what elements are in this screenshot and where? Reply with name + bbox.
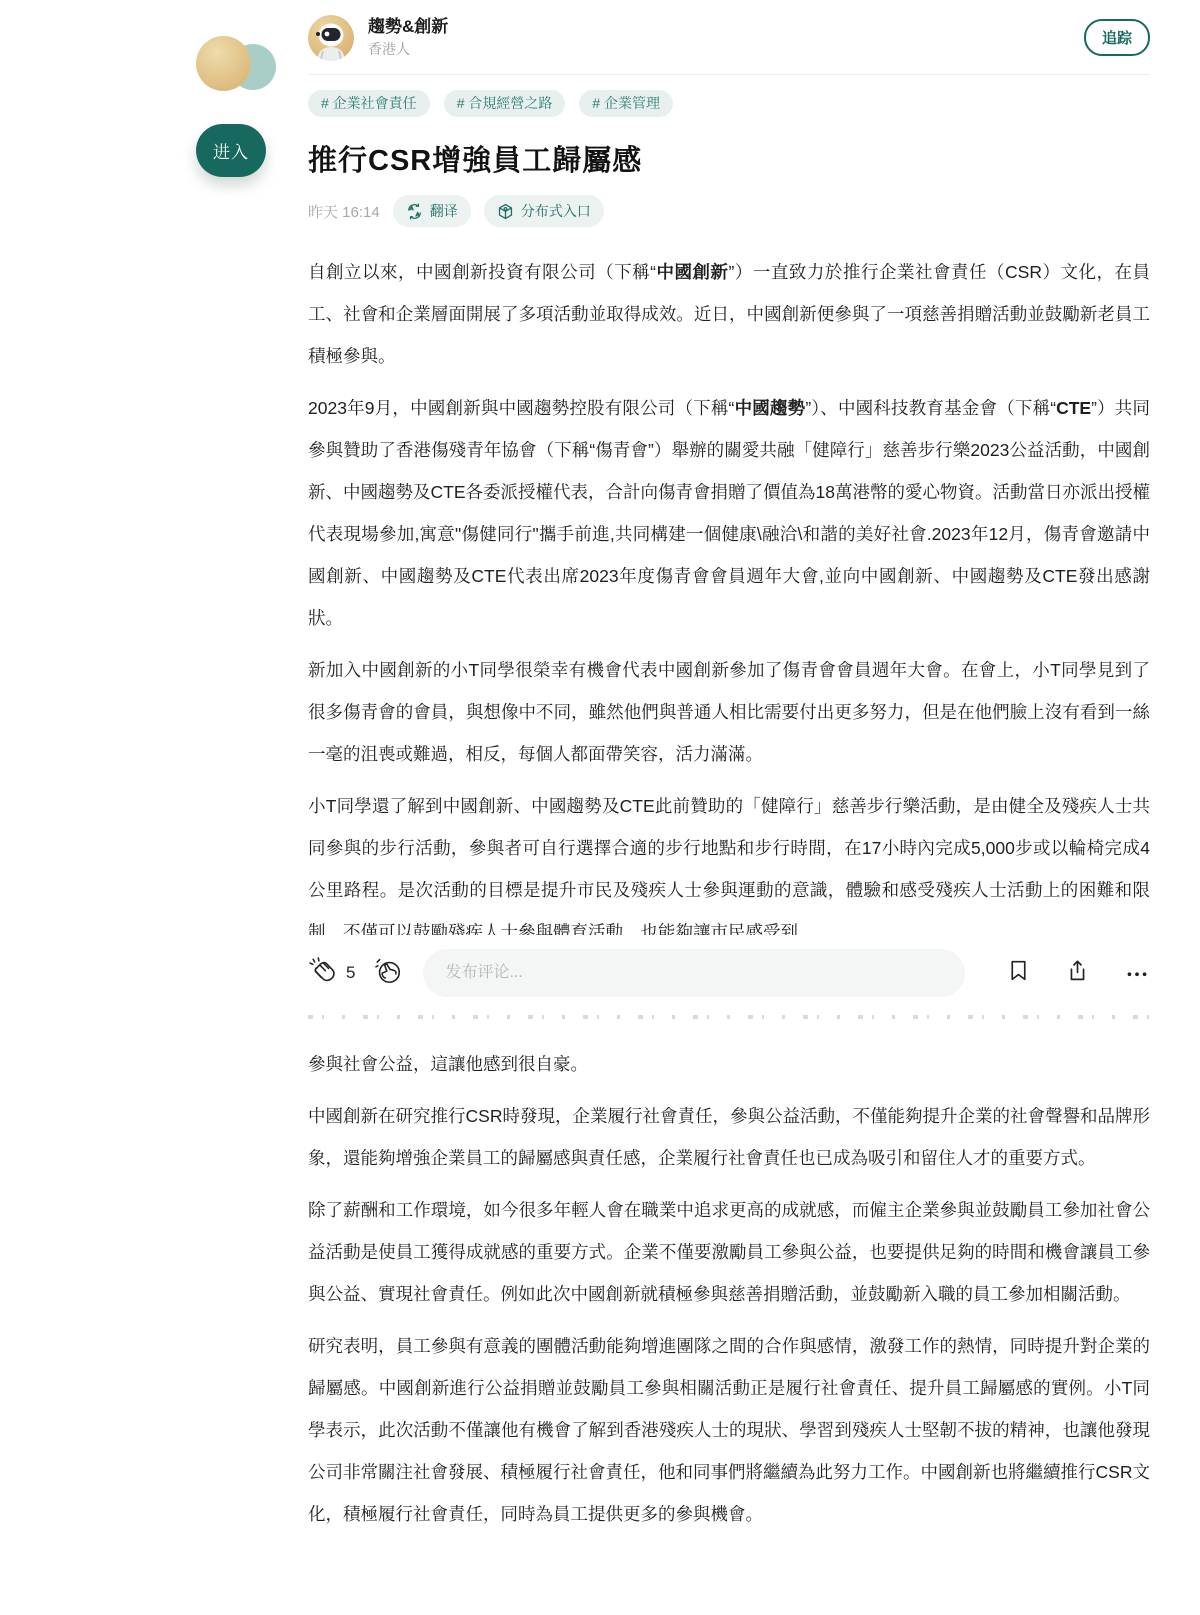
more-icon bbox=[1124, 958, 1150, 989]
paragraph: 除了薪酬和工作環境，如今很多年輕人會在職業中追求更高的成就感，而僱主企業參與並鼓… bbox=[308, 1189, 1150, 1315]
topic-tag[interactable]: # 合規經營之路 bbox=[444, 90, 566, 117]
share-button[interactable] bbox=[1065, 958, 1090, 988]
post-card: 趨勢&創新 香港人 追踪 # 企業社會責任# 合規經營之路# 企業管理 推行CS… bbox=[308, 0, 1150, 1545]
author-avatar[interactable] bbox=[308, 15, 354, 61]
share-icon bbox=[1065, 958, 1090, 988]
author-subtitle: 香港人 bbox=[368, 39, 448, 59]
distributed-entry-button[interactable]: 分布式入口 bbox=[484, 195, 604, 227]
comment-bar-actions bbox=[1006, 958, 1150, 989]
header-divider bbox=[308, 74, 1150, 75]
paragraph: 研究表明，員工參與有意義的團體活動能夠增進團隊之間的合作與感情，激發工作的熱情，… bbox=[308, 1325, 1150, 1535]
author-name[interactable]: 趨勢&創新 bbox=[368, 15, 448, 39]
paragraph: 中國創新在研究推行CSR時發現，企業履行社會責任，參與公益活動，不僅能夠提升企業… bbox=[308, 1095, 1150, 1179]
hand-gesture-button[interactable] bbox=[373, 956, 403, 991]
article-body-bottom: 參與社會公益，這讓他感到很自豪。中國創新在研究推行CSR時發現，企業履行社會責任… bbox=[308, 1043, 1150, 1535]
hand-gesture-icon bbox=[373, 956, 403, 991]
paragraph: 新加入中國創新的小T同學很榮幸有機會代表中國創新參加了傷青會會員週年大會。在會上… bbox=[308, 649, 1150, 775]
translate-button[interactable]: 翻译 bbox=[393, 195, 471, 227]
post-title: 推行CSR增強員工歸屬感 bbox=[308, 138, 1150, 179]
article-body-top: 自創立以來，中國創新投資有限公司（下稱“中國創新”）一直致力於推行企業社會責任（… bbox=[308, 251, 1150, 935]
left-rail: 进入 bbox=[196, 36, 288, 94]
translate-label: 翻译 bbox=[430, 201, 458, 221]
bookmark-button[interactable] bbox=[1006, 958, 1031, 988]
post-header: 趨勢&創新 香港人 追踪 bbox=[308, 0, 1150, 61]
topic-tags-row: # 企業社會責任# 合規經營之路# 企業管理 bbox=[308, 90, 1150, 117]
comment-input[interactable] bbox=[423, 949, 965, 997]
topic-tag[interactable]: # 企業管理 bbox=[579, 90, 673, 117]
more-button[interactable] bbox=[1124, 958, 1150, 989]
follow-button[interactable]: 追踪 bbox=[1084, 19, 1150, 56]
cube-icon bbox=[497, 203, 514, 220]
enter-button[interactable]: 进入 bbox=[196, 124, 266, 177]
distributed-entry-label: 分布式入口 bbox=[521, 201, 591, 221]
topic-tag[interactable]: # 企業社會責任 bbox=[308, 90, 430, 117]
clapping-hands-icon bbox=[308, 956, 338, 991]
clap-button[interactable]: 5 bbox=[308, 956, 355, 991]
paragraph: 參與社會公益，這讓他感到很自豪。 bbox=[308, 1043, 1150, 1085]
comment-bar: 5 bbox=[308, 935, 1150, 1013]
translate-icon bbox=[406, 203, 423, 220]
bookmark-icon bbox=[1006, 958, 1031, 988]
paragraph: 自創立以來，中國創新投資有限公司（下稱“中國創新”）一直致力於推行企業社會責任（… bbox=[308, 251, 1150, 377]
brand-logo bbox=[196, 36, 280, 94]
robot-icon bbox=[308, 48, 354, 61]
paragraph: 小T同學還了解到中國創新、中國趨勢及CTE此前贊助的「健障行」慈善步行樂活動，是… bbox=[308, 785, 1150, 935]
author-block: 趨勢&創新 香港人 bbox=[368, 15, 448, 59]
post-timestamp: 昨天 16:14 bbox=[308, 201, 380, 222]
clap-count: 5 bbox=[346, 963, 355, 983]
clipped-text-artifact bbox=[308, 1015, 1150, 1019]
logo-circle-tan bbox=[196, 36, 251, 91]
post-meta-row: 昨天 16:14 翻译 分布式入口 bbox=[308, 195, 1150, 227]
paragraph: 2023年9月，中國創新與中國趨勢控股有限公司（下稱“中國趨勢”）、中國科技教育… bbox=[308, 387, 1150, 639]
